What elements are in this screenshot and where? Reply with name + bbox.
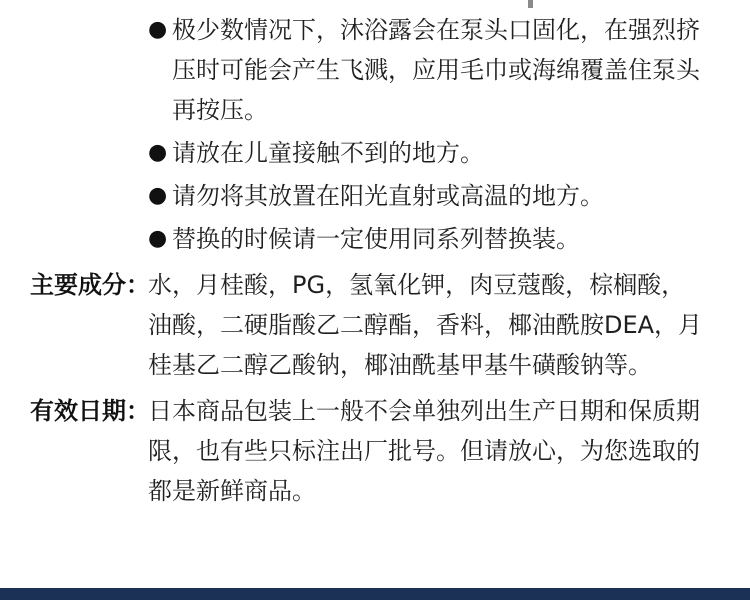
precaution-item: ● 替换的时候请一定使用同系列替换装。: [150, 219, 710, 259]
footer-bar: [0, 588, 750, 600]
description-content: ● 极少数情况下，沐浴露会在泵头口固化，在强烈挤压时可能会产生飞溅，应用毛巾或海…: [0, 10, 750, 511]
precaution-list: ● 极少数情况下，沐浴露会在泵头口固化，在强烈挤压时可能会产生飞溅，应用毛巾或海…: [0, 10, 750, 259]
section-main-ingredients: 主要成分： 水，月桂酸，PG，氢氧化钾，肉豆蔻酸，棕榈酸，油酸，二硬脂酸乙二醇酯…: [0, 265, 750, 385]
bullet-icon: ●: [148, 176, 167, 216]
section-content: 水，月桂酸，PG，氢氧化钾，肉豆蔻酸，棕榈酸，油酸，二硬脂酸乙二醇酯，香料，椰油…: [148, 265, 704, 385]
precaution-text: 极少数情况下，沐浴露会在泵头口固化，在强烈挤压时可能会产生飞溅，应用毛巾或海绵覆…: [172, 16, 700, 124]
section-label: 有效日期：: [30, 391, 148, 431]
cropped-text-remnant: [528, 0, 533, 8]
precaution-item: ● 请勿将其放置在阳光直射或高温的地方。: [150, 176, 710, 216]
product-description-page: ● 极少数情况下，沐浴露会在泵头口固化，在强烈挤压时可能会产生飞溅，应用毛巾或海…: [0, 0, 750, 600]
section-label: 主要成分：: [30, 265, 148, 305]
precaution-text: 请放在儿童接触不到的地方。: [172, 139, 484, 167]
precaution-text: 替换的时候请一定使用同系列替换装。: [172, 225, 580, 253]
precaution-item: ● 极少数情况下，沐浴露会在泵头口固化，在强烈挤压时可能会产生飞溅，应用毛巾或海…: [150, 10, 710, 130]
precaution-item: ● 请放在儿童接触不到的地方。: [150, 133, 710, 173]
bullet-icon: ●: [148, 133, 167, 173]
precaution-text: 请勿将其放置在阳光直射或高温的地方。: [172, 182, 604, 210]
section-content: 日本商品包装上一般不会单独列出生产日期和保质期限，也有些只标注出厂批号。但请放心…: [148, 391, 704, 511]
bullet-icon: ●: [148, 10, 167, 50]
bullet-icon: ●: [148, 219, 167, 259]
section-expiry-date: 有效日期： 日本商品包装上一般不会单独列出生产日期和保质期限，也有些只标注出厂批…: [0, 391, 750, 511]
